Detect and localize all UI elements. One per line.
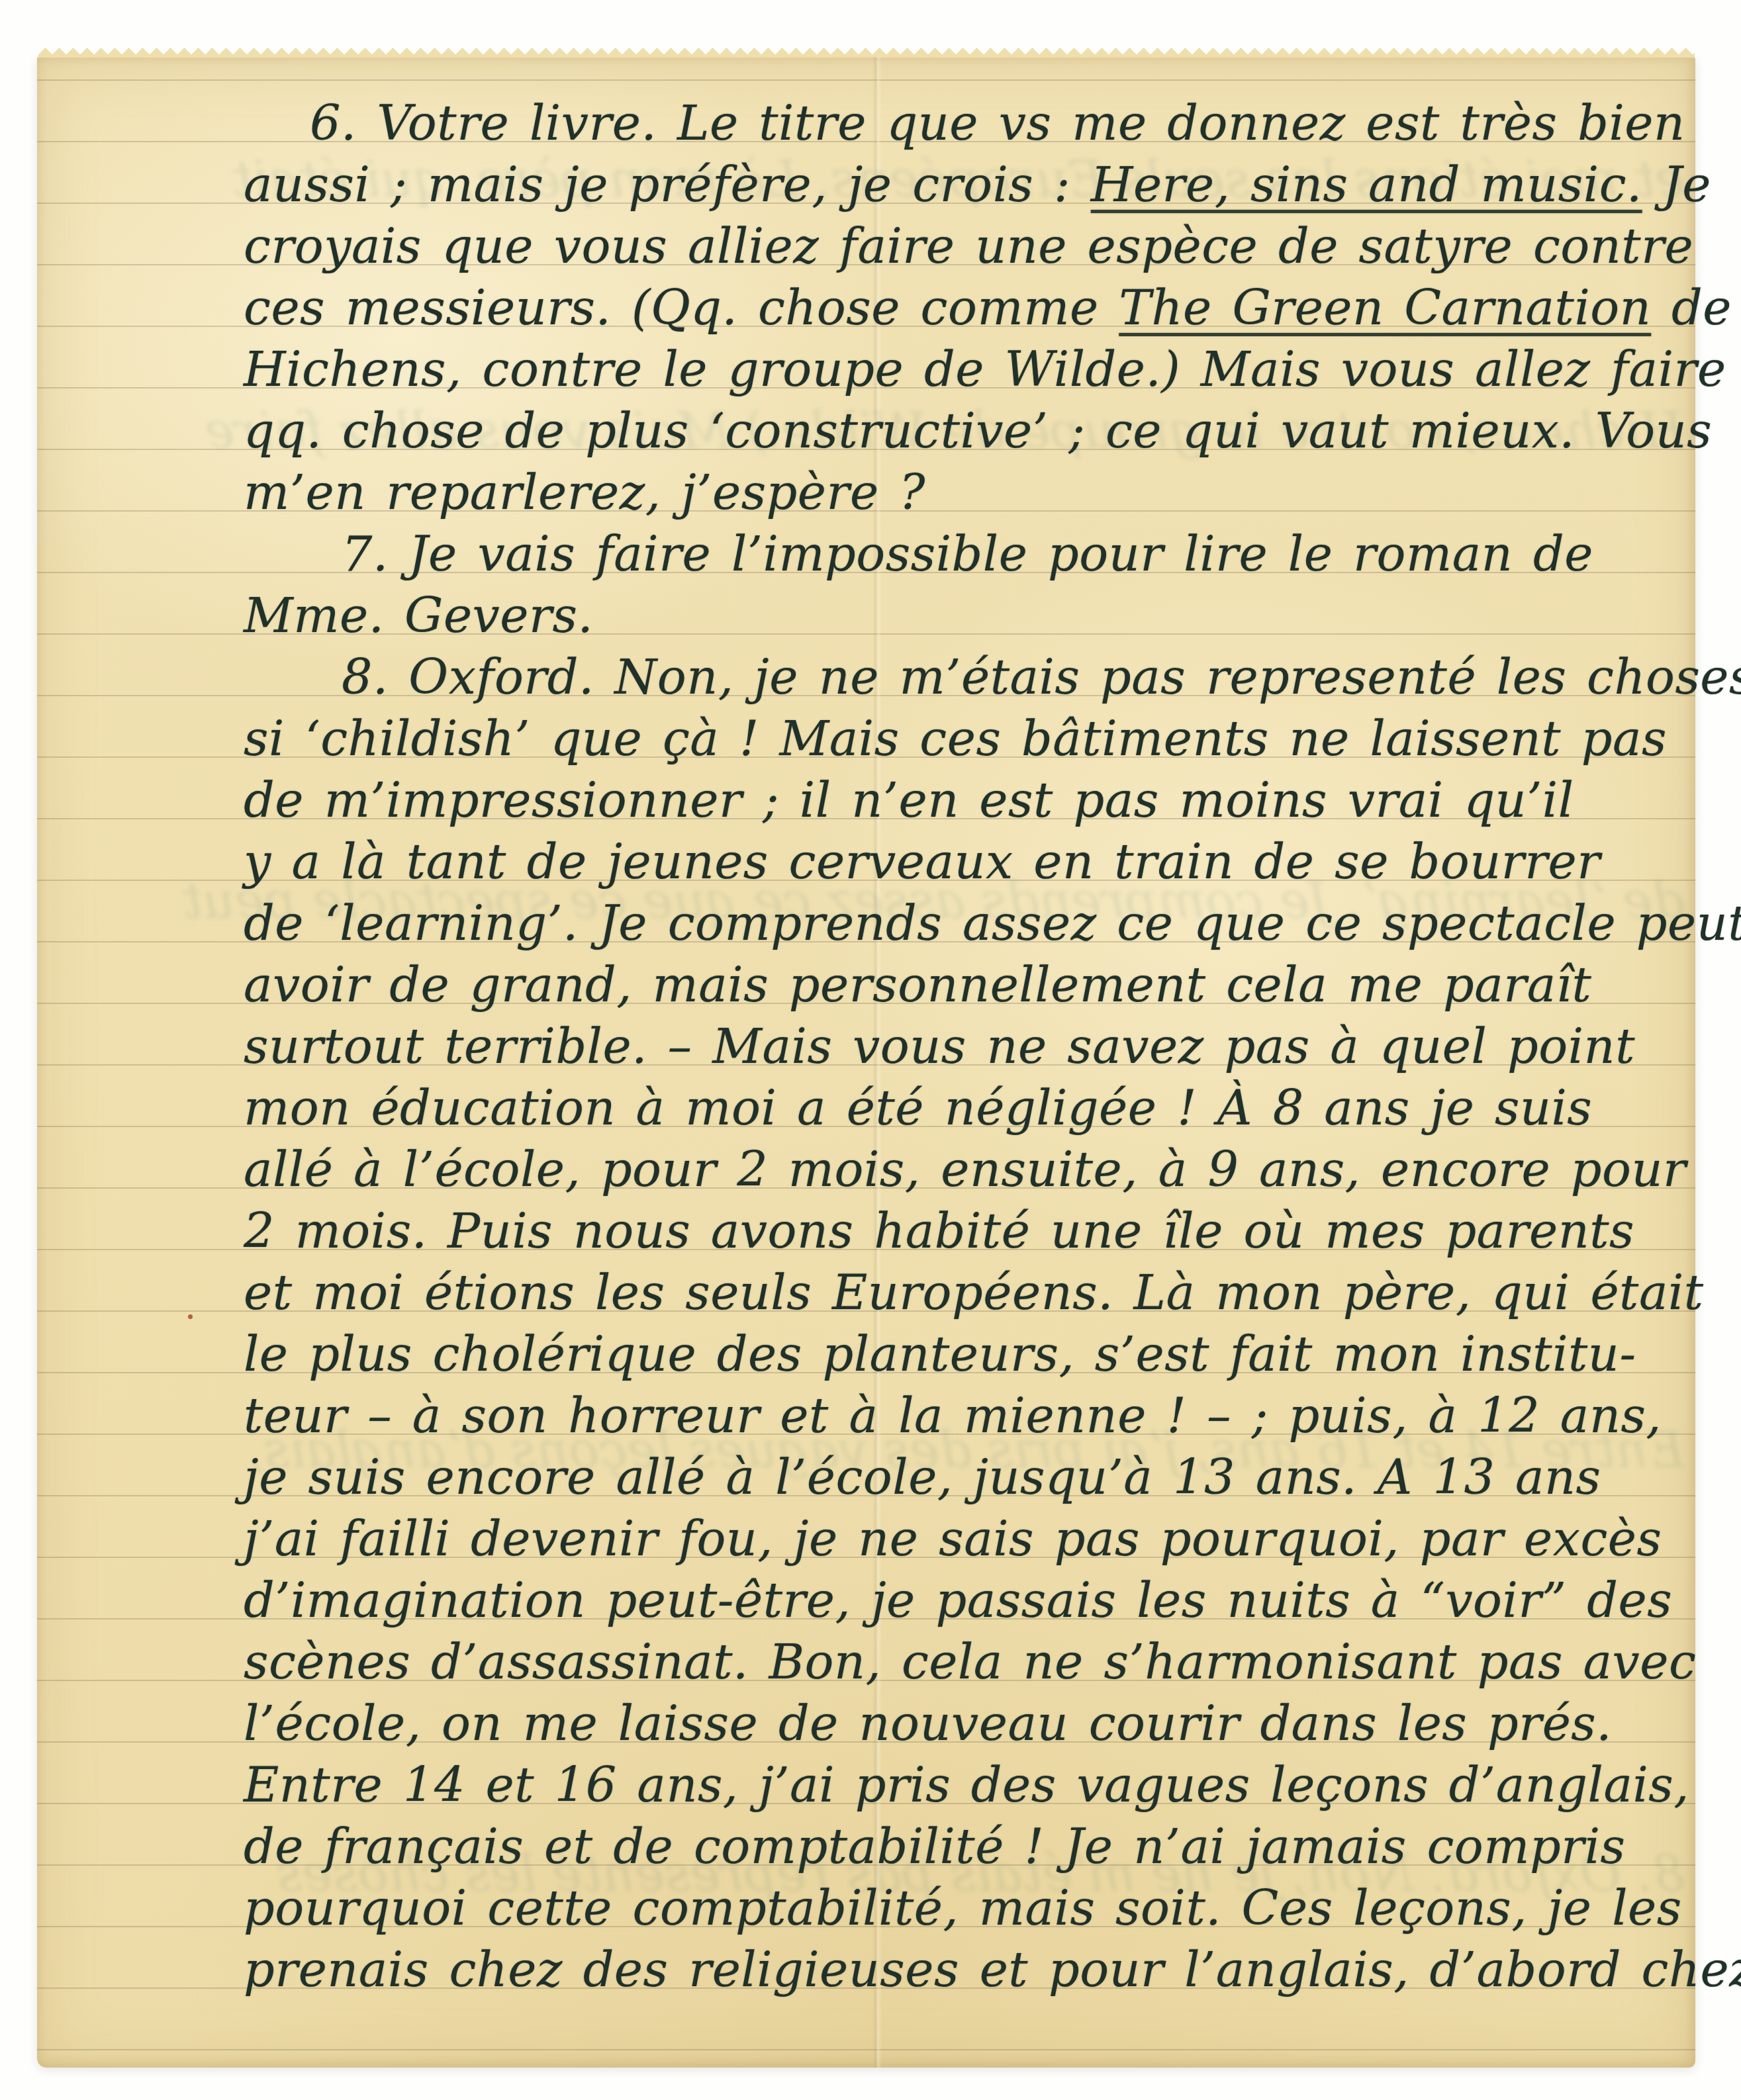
handwritten-line: de m’impressionner ; il n’en est pas moi… [244,770,1675,831]
handwritten-line: si ‘childish’ que çà ! Mais ces bâtiment… [244,708,1675,770]
handwritten-line: Hichens, contre le groupe de Wilde.) Mai… [244,339,1675,400]
handwritten-line: d’imagination peut-être, je passais les … [244,1570,1675,1631]
scanned-letter: et moi étions les seuls Européens. Là mo… [0,0,1741,2100]
underlined-book-title: Here, sins and music. [1091,157,1642,213]
handwritten-line: Entre 14 et 16 ans, j’ai pris des vagues… [244,1755,1675,1816]
handwritten-line: je suis encore allé à l’école, jusqu’à 1… [244,1447,1675,1508]
handwritten-line: et moi étions les seuls Européens. Là mo… [244,1262,1675,1324]
handwritten-line: de ‘learning’. Je comprends assez ce que… [244,893,1675,954]
line-segment: aussi ; mais je préfère, je crois : [244,157,1091,213]
handwritten-line: le plus cholérique des planteurs, s’est … [244,1324,1675,1385]
torn-perforated-edge [38,48,1695,58]
handwritten-line: 6. Votre livre. Le titre que vs me donne… [244,93,1675,154]
handwritten-line: pourquoi cette comptabilité, mais soit. … [244,1878,1675,1939]
line-segment: Je [1642,157,1711,213]
ink-fleck [188,1314,193,1319]
handwritten-line: de français et de comptabilité ! Je n’ai… [244,1816,1675,1878]
handwritten-line: j’ai failli devenir fou, je ne sais pas … [244,1508,1675,1570]
handwritten-line: 7. Je vais faire l’impossible pour lire … [244,524,1675,585]
handwritten-line: mon éducation à moi a été négligée ! À 8… [244,1077,1675,1139]
handwritten-line: surtout terrible. – Mais vous ne savez p… [244,1016,1675,1077]
handwritten-line: avoir de grand, mais personnellement cel… [244,954,1675,1016]
handwritten-line: qq. chose de plus ‘constructive’ ; ce qu… [244,400,1675,462]
handwritten-line: Mme. Gevers. [244,585,1675,647]
handwritten-line: ces messieurs. (Qq. chose comme The Gree… [244,277,1675,339]
handwritten-line: croyais que vous alliez faire une espèce… [244,216,1675,277]
underlined-book-title: The Green Carnation [1119,280,1651,336]
letter-body: 6. Votre livre. Le titre que vs me donne… [244,93,1675,2001]
line-segment: de [1651,280,1732,336]
handwritten-line: 8. Oxford. Non, je ne m’étais pas repres… [244,647,1675,708]
handwritten-line: teur – à son horreur et à la mienne ! – … [244,1385,1675,1447]
handwritten-line: aussi ; mais je préfère, je crois : Here… [244,154,1675,216]
handwritten-line: allé à l’école, pour 2 mois, ensuite, à … [244,1139,1675,1201]
handwritten-line: scènes d’assassinat. Bon, cela ne s’harm… [244,1631,1675,1693]
line-segment: ces messieurs. (Qq. chose comme [244,280,1119,336]
letter-page: et moi étions les seuls Européens. Là mo… [37,57,1695,2068]
handwritten-line: y a là tant de jeunes cerveaux en train … [244,831,1675,893]
handwritten-line: 2 mois. Puis nous avons habité une île o… [244,1201,1675,1262]
handwritten-line: prenais chez des religieuses et pour l’a… [244,1939,1675,2001]
handwritten-line: m’en reparlerez, j’espère ? [244,462,1675,524]
handwritten-line: l’école, on me laisse de nouveau courir … [244,1693,1675,1755]
